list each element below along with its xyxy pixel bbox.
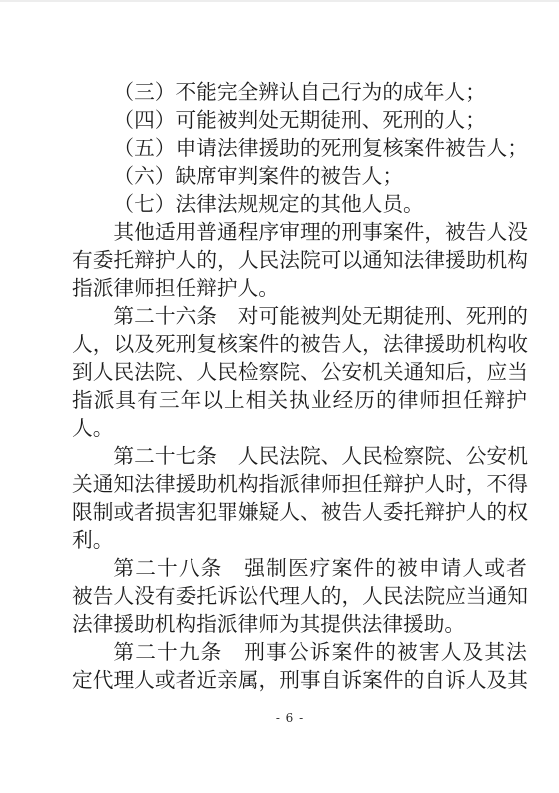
text-line-content: （三）不能完全辨认自己行为的成年人； [113, 78, 485, 106]
text-line-content: 关通知法律援助机构指派律师担任辩护人时，不得 [72, 470, 528, 498]
text-line: 关通知法律援助机构指派律师担任辩护人时，不得 [72, 470, 528, 498]
text-line: 法律援助机构指派律师为其提供法律援助。 [72, 610, 528, 638]
text-line-content: （七）法律法规规定的其他人员。 [113, 190, 423, 218]
text-line-content: 人，以及死刑复核案件的被告人，法律援助机构收 [72, 330, 528, 358]
text-line-content: 定代理人或者近亲属，刑事自诉案件的自诉人及其 [72, 666, 528, 694]
text-line: （三）不能完全辨认自己行为的成年人； [72, 78, 528, 106]
text-line-content: 限制或者损害犯罪嫌疑人、被告人委托辩护人的权 [72, 498, 528, 526]
text-line-content: （四）可能被判处无期徒刑、死刑的人； [113, 106, 485, 134]
text-line: 第二十八条 强制医疗案件的被申请人或者 [72, 554, 528, 582]
text-line-content: 法律援助机构指派律师为其提供法律援助。 [72, 610, 465, 638]
text-line: （五）申请法律援助的死刑复核案件被告人； [72, 134, 528, 162]
text-line-content: 第二十六条 对可能被判处无期徒刑、死刑的 [113, 302, 528, 330]
text-line: 人。 [72, 414, 528, 442]
page-number: - 6 - [72, 711, 508, 725]
text-line-content: 被告人没有委托诉讼代理人的，人民法院应当通知 [72, 582, 528, 610]
text-line-content: 指派具有三年以上相关执业经历的律师担任辩护 [72, 386, 528, 414]
body-text: （三）不能完全辨认自己行为的成年人；（四）可能被判处无期徒刑、死刑的人；（五）申… [72, 78, 528, 694]
text-line: 第二十六条 对可能被判处无期徒刑、死刑的 [72, 302, 528, 330]
text-line-content: 其他适用普通程序审理的刑事案件，被告人没 [113, 218, 528, 246]
text-line-content: 人。 [72, 414, 113, 442]
text-line: 其他适用普通程序审理的刑事案件，被告人没 [72, 218, 528, 246]
text-line-content: 第二十七条 人民法院、人民检察院、公安机 [113, 442, 528, 470]
text-line-content: 指派律师担任辩护人。 [72, 274, 279, 302]
text-line-content: 利。 [72, 526, 113, 554]
text-line-content: （六）缺席审判案件的被告人； [113, 162, 403, 190]
text-line-content: （五）申请法律援助的死刑复核案件被告人； [113, 134, 528, 162]
text-line-content: 有委托辩护人的，人民法院可以通知法律援助机构 [72, 246, 528, 274]
text-line-content: 到人民法院、人民检察院、公安机关通知后，应当 [72, 358, 528, 386]
text-line-content: 第二十八条 强制医疗案件的被申请人或者 [113, 554, 528, 582]
text-line: 有委托辩护人的，人民法院可以通知法律援助机构 [72, 246, 528, 274]
text-line: （七）法律法规规定的其他人员。 [72, 190, 528, 218]
text-line: 被告人没有委托诉讼代理人的，人民法院应当通知 [72, 582, 528, 610]
text-line: 第二十九条 刑事公诉案件的被害人及其法 [72, 638, 528, 666]
text-line: 到人民法院、人民检察院、公安机关通知后，应当 [72, 358, 528, 386]
text-line: 定代理人或者近亲属，刑事自诉案件的自诉人及其 [72, 666, 528, 694]
text-line: （六）缺席审判案件的被告人； [72, 162, 528, 190]
text-line-content: 第二十九条 刑事公诉案件的被害人及其法 [113, 638, 528, 666]
scan-edge-artifact [0, 0, 559, 2]
text-line: 利。 [72, 526, 528, 554]
text-line: 人，以及死刑复核案件的被告人，法律援助机构收 [72, 330, 528, 358]
text-line: 指派具有三年以上相关执业经历的律师担任辩护 [72, 386, 528, 414]
document-page: { "page": { "background_color": "#ffffff… [0, 0, 559, 793]
text-line: 第二十七条 人民法院、人民检察院、公安机 [72, 442, 528, 470]
text-line: （四）可能被判处无期徒刑、死刑的人； [72, 106, 528, 134]
text-line: 限制或者损害犯罪嫌疑人、被告人委托辩护人的权 [72, 498, 528, 526]
text-line: 指派律师担任辩护人。 [72, 274, 528, 302]
